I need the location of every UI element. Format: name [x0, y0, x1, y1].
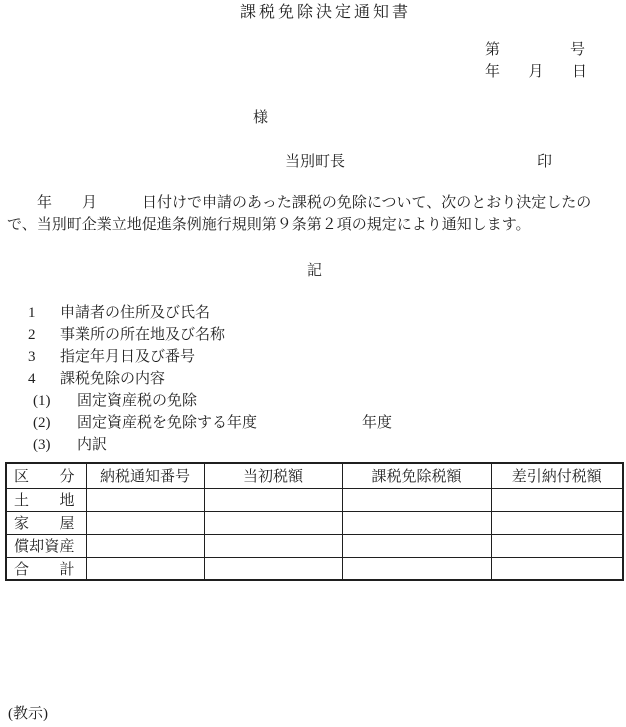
- item-2-number: 2: [28, 326, 60, 344]
- cell-building-initial-tax: [204, 511, 342, 534]
- addressee-suffix: 様: [253, 109, 268, 127]
- sub-item-2-text: 固定資産税を免除する年度: [77, 415, 257, 431]
- sender-name: 当別町長: [285, 153, 345, 171]
- table-row-land: 土 地: [6, 488, 623, 511]
- row-label-land: 土 地: [6, 488, 86, 511]
- col-header-exempted-tax: 課税免除税額: [342, 463, 491, 488]
- cell-building-net-tax: [491, 511, 623, 534]
- col-header-initial-tax: 当初税額: [204, 463, 342, 488]
- sender-seal-mark: 印: [537, 153, 552, 171]
- cell-total-notice-number: [86, 557, 204, 580]
- fiscal-year-suffix: 年度: [362, 414, 392, 432]
- list-item-2: 2事業所の所在地及び名称: [28, 326, 225, 344]
- list-item-1: 1申請者の住所及び氏名: [28, 304, 210, 322]
- sub-item-3-number: (3): [33, 436, 77, 454]
- cell-land-initial-tax: [204, 488, 342, 511]
- item-4-number: 4: [28, 370, 60, 388]
- cell-land-notice-number: [86, 488, 204, 511]
- item-3-number: 3: [28, 348, 60, 366]
- table-row-building: 家 屋: [6, 511, 623, 534]
- sub-item-3-text: 内訳: [77, 437, 107, 453]
- ki-heading: 記: [307, 262, 322, 280]
- sub-item-3: (3)内訳: [33, 436, 107, 454]
- cell-assets-exempted-tax: [342, 534, 491, 557]
- doc-number-suffix: 号: [570, 41, 585, 59]
- item-1-text: 申請者の住所及び氏名: [60, 305, 210, 321]
- body-line-1: 年 月 日付けで申請のあった課税の免除について、次のとおり決定したの: [7, 192, 591, 214]
- cell-building-exempted-tax: [342, 511, 491, 534]
- col-header-tax-notice-number: 納税通知番号: [86, 463, 204, 488]
- cell-assets-notice-number: [86, 534, 204, 557]
- item-3-text: 指定年月日及び番号: [60, 349, 195, 365]
- table-row-total: 合 計: [6, 557, 623, 580]
- table-header-row: 区 分 納税通知番号 当初税額 課税免除税額 差引納付税額: [6, 463, 623, 488]
- date-day-label: 日: [572, 63, 587, 81]
- cell-land-exempted-tax: [342, 488, 491, 511]
- body-line-2: で、当別町企業立地促進条例施行規則第９条第２項の規定により通知します。: [7, 214, 591, 236]
- item-4-text: 課税免除の内容: [60, 371, 165, 387]
- table-row-depreciable-assets: 償却資産: [6, 534, 623, 557]
- sub-item-1-number: (1): [33, 392, 77, 410]
- item-1-number: 1: [28, 304, 60, 322]
- doc-number-prefix: 第: [485, 41, 500, 59]
- sub-item-1-text: 固定資産税の免除: [77, 393, 197, 409]
- col-header-category: 区 分: [6, 463, 86, 488]
- item-2-text: 事業所の所在地及び名称: [60, 327, 225, 343]
- tax-breakdown-table: 区 分 納税通知番号 当初税額 課税免除税額 差引納付税額 土 地 家 屋 償却…: [5, 462, 624, 581]
- body-paragraph: 年 月 日付けで申請のあった課税の免除について、次のとおり決定したの で、当別町…: [7, 192, 591, 236]
- cell-total-exempted-tax: [342, 557, 491, 580]
- document-number-line: 第 号: [485, 41, 585, 59]
- notification-document: 課税免除決定通知書 第 号 年 月 日 様 当別町長 印 年 月 日付けで申請の…: [0, 0, 626, 727]
- cell-land-net-tax: [491, 488, 623, 511]
- cell-assets-net-tax: [491, 534, 623, 557]
- date-month-label: 月: [528, 63, 543, 81]
- document-date-line: 年 月 日: [485, 63, 587, 81]
- col-header-net-payable-tax: 差引納付税額: [491, 463, 623, 488]
- cell-total-initial-tax: [204, 557, 342, 580]
- row-label-depreciable-assets: 償却資産: [6, 534, 86, 557]
- cell-assets-initial-tax: [204, 534, 342, 557]
- date-year-label: 年: [485, 63, 500, 81]
- footer-note: (教示): [8, 705, 48, 723]
- document-title: 課税免除決定通知書: [240, 3, 411, 22]
- row-label-building: 家 屋: [6, 511, 86, 534]
- sub-item-1: (1)固定資産税の免除: [33, 392, 197, 410]
- sub-item-2: (2)固定資産税を免除する年度: [33, 414, 257, 432]
- list-item-3: 3指定年月日及び番号: [28, 348, 195, 366]
- row-label-total: 合 計: [6, 557, 86, 580]
- cell-building-notice-number: [86, 511, 204, 534]
- list-item-4: 4課税免除の内容: [28, 370, 165, 388]
- cell-total-net-tax: [491, 557, 623, 580]
- sub-item-2-number: (2): [33, 414, 77, 432]
